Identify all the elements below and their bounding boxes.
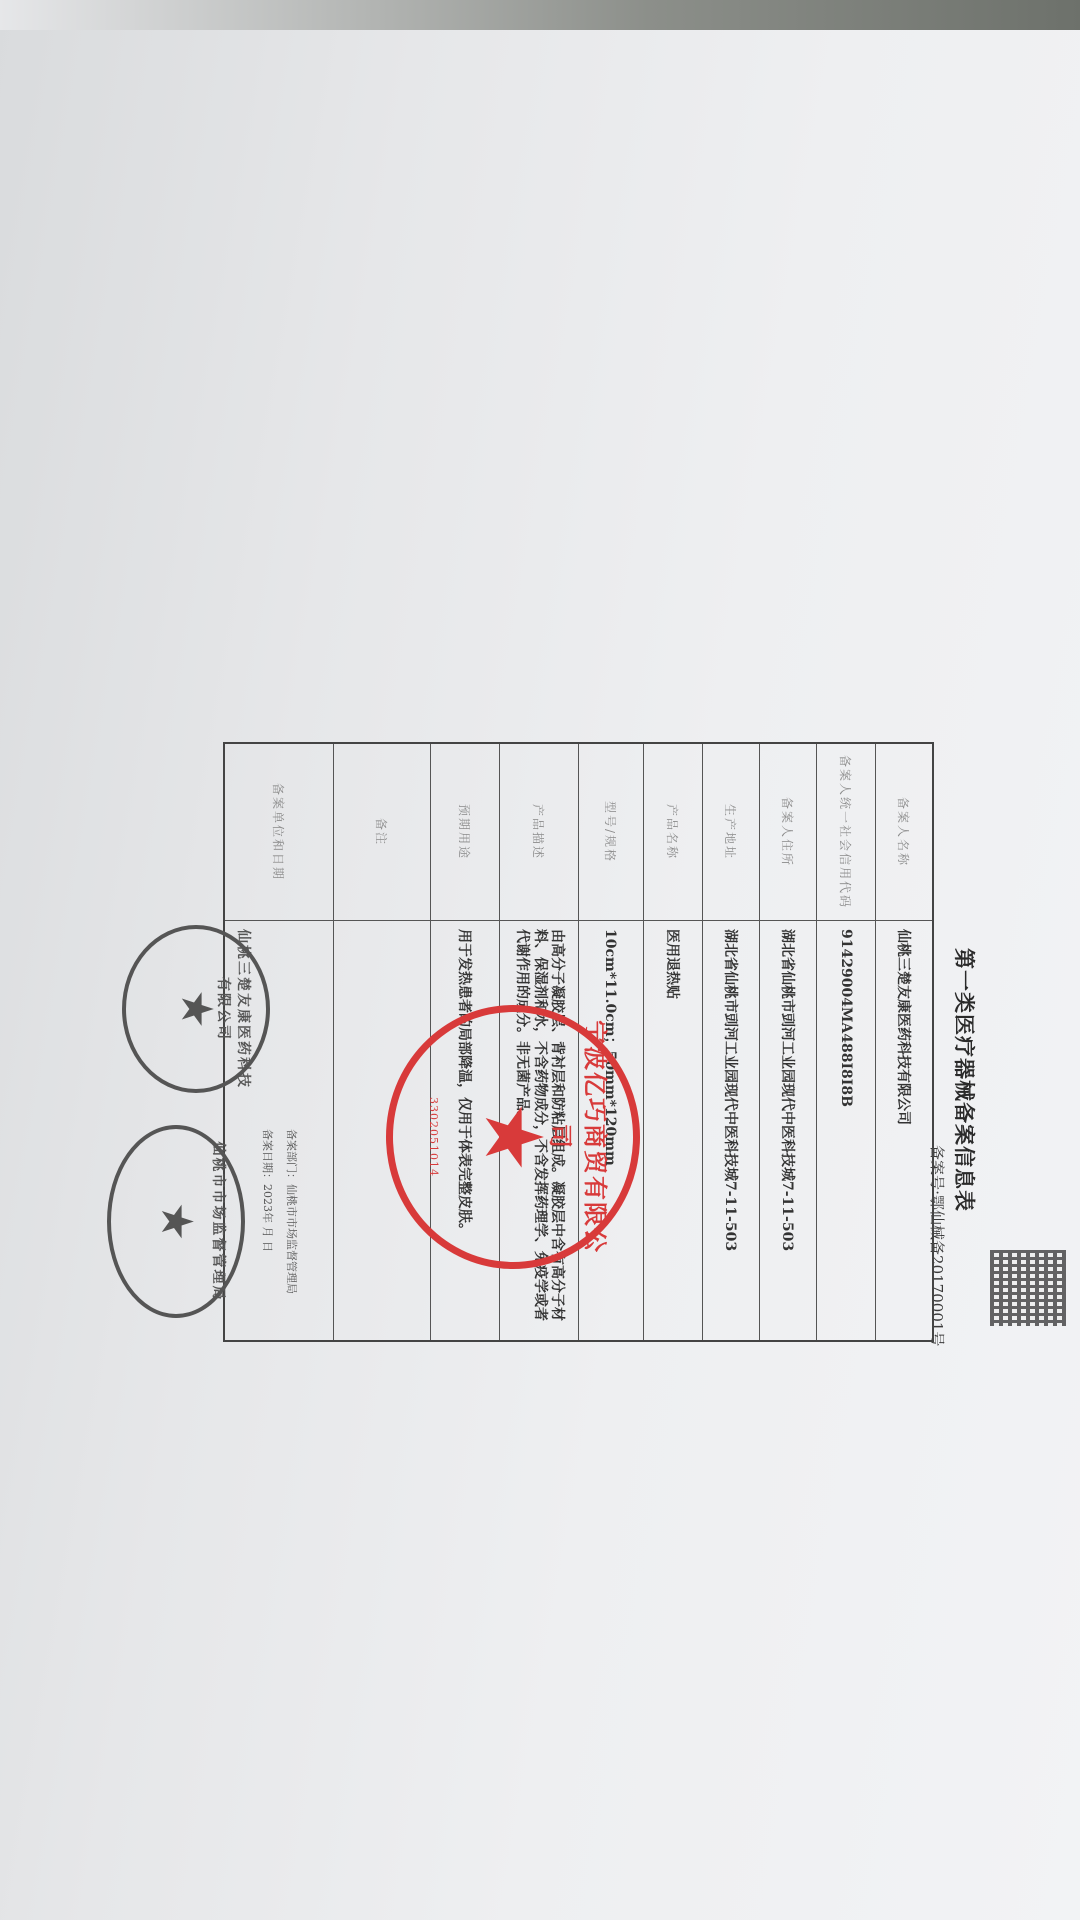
row-label: 预期用途 (431, 743, 500, 921)
seal-text: 仙桃市市场监督管理局 (209, 1129, 229, 1314)
row-label: 生产地址 (703, 743, 760, 921)
row-label: 备案人住所 (760, 743, 817, 921)
row-label: 备案人名称 (876, 743, 934, 921)
qr-code-icon (990, 1250, 1066, 1326)
row-value: 医用退热贴 (644, 921, 703, 1342)
row-value: 91429004MA488I8I8B (817, 921, 876, 1342)
star-icon: ★ (154, 1202, 198, 1241)
row-value: 仙桃三楚友康医药科技有限公司 (876, 921, 934, 1342)
document-title: 第一类医疗器械备案信息表 (950, 880, 980, 1280)
row-label: 备案人统一社会信用代码 (817, 743, 876, 921)
row-label: 备案单位和日期 (224, 743, 334, 921)
filing-department: 备案部门：仙桃市市场监督管理局 (279, 1129, 303, 1332)
row-label: 备注 (334, 743, 431, 921)
table-row: 备案人名称 仙桃三楚友康医药科技有限公司 (876, 743, 934, 1341)
seal-number: 3302051014 (427, 1012, 440, 1262)
company-seal-gray: 仙桃三楚友康医药科技有限公司 ★ (122, 925, 270, 1093)
row-label: 产品描述 (500, 743, 579, 921)
row-label: 产品名称 (644, 743, 703, 921)
table-row: 产品名称 医用退热贴 (644, 743, 703, 1341)
table-row: 备注 (334, 743, 431, 1341)
rotated-document-page: 第一类医疗器械备案信息表 备案号:鄂仙械备20170001号 备案人名称 仙桃三… (0, 0, 1080, 1920)
seal-text: 宁波亿巧商贸有限公司 (545, 1012, 615, 1262)
row-value: 湖北省仙桃市剅河工业园现代中医科技城7-11-503 (760, 921, 817, 1342)
table-row: 备案人住所 湖北省仙桃市剅河工业园现代中医科技城7-11-503 (760, 743, 817, 1341)
row-value: 湖北省仙桃市剅河工业园现代中医科技城7-11-503 (703, 921, 760, 1342)
row-label: 型号/规格 (579, 743, 644, 921)
red-company-seal: 宁波亿巧商贸有限公司 ★ 3302051014 (386, 1005, 640, 1269)
seal-text: 仙桃三楚友康医药科技有限公司 (214, 929, 254, 1089)
table-row: 备案人统一社会信用代码 91429004MA488I8I8B (817, 743, 876, 1341)
star-icon: ★ (174, 989, 218, 1028)
agency-seal-gray: 仙桃市市场监督管理局 ★ (107, 1125, 245, 1318)
star-icon: ★ (473, 1101, 553, 1173)
table-row: 生产地址 湖北省仙桃市剅河工业园现代中医科技城7-11-503 (703, 743, 760, 1341)
filing-date: 备案日期：2023年 月 日 (255, 1129, 279, 1332)
